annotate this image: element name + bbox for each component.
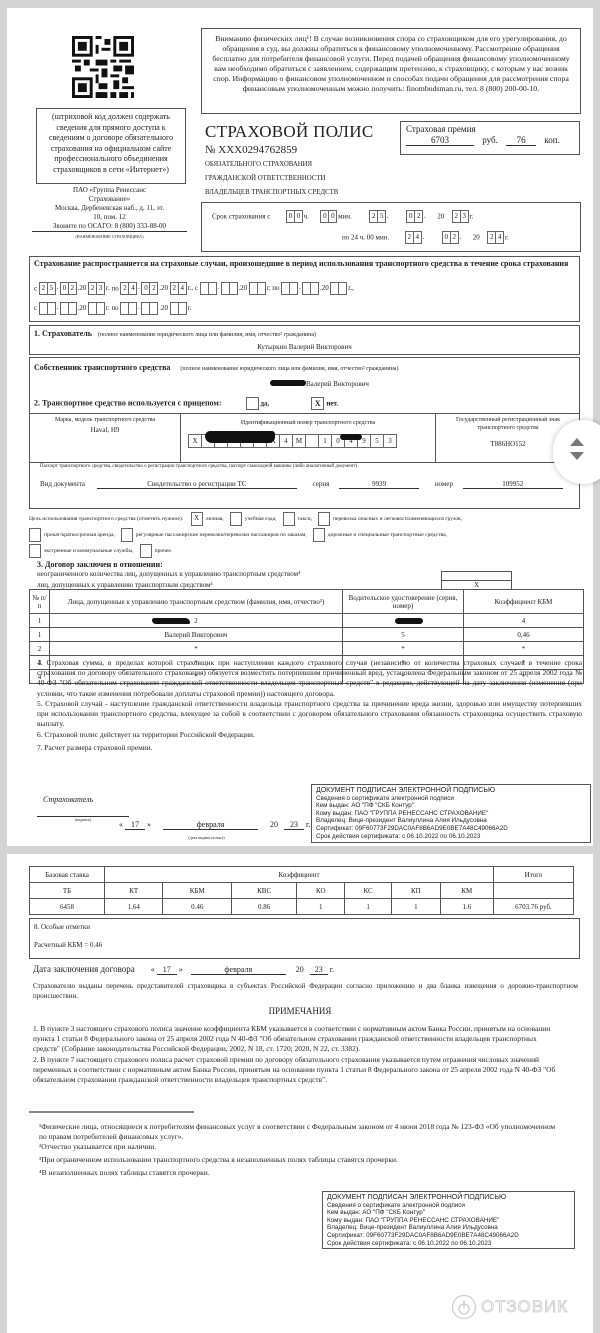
esig-recipient: Кому выдан: ПАО "ГРУППА РЕНЕССАНС СТРАХО… xyxy=(327,1217,570,1225)
purpose-option[interactable]: перевозка опасных и легковоспламеняющихс… xyxy=(318,516,462,522)
usage-period: Страхование распространяется на страховы… xyxy=(29,256,580,322)
purpose-option-label: регулярные пассажирские перевозки/перево… xyxy=(136,532,307,538)
purpose-option-label: личная, xyxy=(206,516,224,522)
watermark-text: ОТЗОВИК xyxy=(481,1297,568,1316)
term-from-day: 5 xyxy=(377,210,386,223)
clause-5: 5. Страховой случай - наступление гражда… xyxy=(37,699,582,730)
subtitle-line: ВЛАДЕЛЬЦЕВ ТРАНСПОРТНЫХ СРЕДСТВ xyxy=(205,186,338,200)
contract-date-label: Дата заключения договора xyxy=(33,964,135,974)
financial-ombudsman-notice: Вниманию физических лиц¹! В случае возни… xyxy=(201,28,581,114)
purpose-option[interactable]: прокат/краткосрочная аренда, xyxy=(29,532,115,538)
esig-certificate: Сертификат: 09F60773F29DAC0AF8B6AD9E0BE7… xyxy=(327,1232,570,1240)
scroll-up-icon[interactable] xyxy=(570,438,584,446)
hour-label: ч. xyxy=(304,213,309,221)
calc-column-header: КС xyxy=(345,883,392,899)
contract-year: 23 xyxy=(310,965,328,975)
year-suffix: г. xyxy=(505,234,509,242)
footnote-1: ¹Физические лица, относящиеся к потребит… xyxy=(39,1122,564,1142)
clause-7: 7. Расчет размера страховой премии. xyxy=(37,743,582,753)
vin-label: Идентификационный номер транспортного ср… xyxy=(182,420,434,426)
redaction-mark xyxy=(340,434,362,440)
table-cell: * xyxy=(464,642,584,656)
footnote-4: ⁴В незаполненных полях таблицы ставятся … xyxy=(39,1168,564,1178)
century: 20 xyxy=(437,213,444,221)
purpose-checkbox[interactable] xyxy=(313,528,325,542)
contract-day: 17 xyxy=(157,965,177,975)
esig-issuer: Кем выдан: АО "ПФ "СКБ Контур" xyxy=(327,1209,570,1217)
vin-cell: 1 xyxy=(318,434,332,448)
table-cell: Валерий Викторович xyxy=(50,628,343,642)
total-header: Итого xyxy=(494,867,574,883)
term-to-day: 4 xyxy=(413,231,422,244)
drivers-col-license: Водительское удостоверение (серия, номер… xyxy=(343,590,464,614)
table-cell: * xyxy=(50,642,343,656)
issue-date-caption: (дата выдачи полиса) xyxy=(159,835,254,840)
term-from-month: 2 xyxy=(414,210,423,223)
policy-number: № XXX0294762859 xyxy=(205,144,297,156)
e-signature-stamp-1: ДОКУМЕНТ ПОДПИСАН ЭЛЕКТРОННОЙ ПОДПИСЬЮ С… xyxy=(311,784,591,843)
vehicle-model-label: Марка, модель транспортного средства xyxy=(34,416,176,424)
issue-date: « 17 » февраля 20 23 г. xyxy=(119,820,310,830)
premium-rub: 6703 xyxy=(406,135,474,146)
calc-column-header: КО xyxy=(297,883,345,899)
esig-issuer: Кем выдан: АО "ПФ "СКБ Контур" xyxy=(316,802,586,810)
insured-label: 1. Страхователь xyxy=(34,329,92,338)
rub-label: руб. xyxy=(482,135,498,145)
purpose-checkbox[interactable] xyxy=(29,528,41,542)
esig-validity: Срок действия сертификата: с 06.10.2022 … xyxy=(316,833,586,841)
note-1: 1. В пункте 3 настоящего страхового поли… xyxy=(33,1024,563,1055)
purpose-checkbox[interactable] xyxy=(230,512,242,526)
footnote-2: ²Отчество указывается при наличии. xyxy=(39,1142,564,1152)
issue-day: 17 xyxy=(125,820,145,830)
usage-period-title: Страхование распространяется на страховы… xyxy=(34,259,574,269)
signature-caption[interactable]: (подпись) xyxy=(37,816,129,822)
esig-recipient: Кому выдан: ПАО "ГРУППА РЕНЕССАНС СТРАХО… xyxy=(316,810,586,818)
vehicle-model: Haval, H9 xyxy=(34,426,176,434)
issue-year-suffix: г. xyxy=(306,820,310,829)
purpose-checkbox[interactable] xyxy=(283,512,295,526)
purpose-label: Цель использования транспортного средств… xyxy=(29,516,183,522)
issue-year: 23 xyxy=(284,820,304,830)
purpose-option[interactable]: учебная езда, xyxy=(230,516,277,522)
drivers-unlimited-label: неограниченного количества лиц, допущенн… xyxy=(37,570,300,578)
esig-title: ДОКУМЕНТ ПОДПИСАН ЭЛЕКТРОННОЙ ПОДПИСЬЮ xyxy=(327,1194,570,1202)
calc-value: 6458 xyxy=(30,899,105,915)
calc-column-header: ТБ xyxy=(30,883,105,899)
purpose-checkbox[interactable] xyxy=(29,544,41,558)
vin-cell xyxy=(305,434,319,448)
footnote-3: ³При ограниченном использовании транспор… xyxy=(39,1155,564,1165)
term-hour-digit: 0 xyxy=(294,210,303,223)
doc-number: 109952 xyxy=(463,480,563,489)
term-from-label: Срок страхования с xyxy=(212,213,270,221)
minute-label: мин. xyxy=(338,213,352,221)
purpose-checkbox[interactable] xyxy=(121,528,133,542)
contract-century: 20 xyxy=(296,965,304,974)
policy-page-1: (штриховой код должен содержать сведения… xyxy=(7,8,593,846)
redaction-mark xyxy=(152,618,190,624)
table-cell: 5 xyxy=(343,628,464,642)
table-row: 2*** xyxy=(30,642,584,656)
owner-name: Валерий Викторович xyxy=(306,380,369,388)
usage-period-row-2: с · .20 г. по · .20 г. xyxy=(34,302,191,315)
policy-subtitle: ОБЯЗАТЕЛЬНОГО СТРАХОВАНИЯ ГРАЖДАНСКОЙ ОТ… xyxy=(205,158,338,200)
redaction-mark xyxy=(270,380,306,386)
vin-cell: 5 xyxy=(370,434,384,448)
e-signature-stamp-2: ДОКУМЕНТ ПОДПИСАН ЭЛЕКТРОННОЙ ПОДПИСЬЮ С… xyxy=(322,1191,575,1249)
esig-certificate: Сертификат: 09F60773F29DAC0AF8B6AD9E0BE7… xyxy=(316,825,586,833)
insurer-phone: Звоните по ОСАГО: 8 (800) 333-88-00 xyxy=(32,222,187,232)
contract-date: Дата заключения договора « 17 » февраля … xyxy=(33,964,334,975)
from-label: с xyxy=(34,285,37,293)
page-scroll-control[interactable] xyxy=(553,420,600,484)
barcode-note: (штриховой код должен содержать сведения… xyxy=(36,108,186,184)
term-from-year: 3 xyxy=(460,210,469,223)
calc-value: 1.6 xyxy=(440,899,493,915)
table-cell: 2 xyxy=(30,642,50,656)
purpose-option[interactable]: регулярные пассажирские перевозки/перево… xyxy=(121,532,307,538)
owner-section: Собственник транспортного средства (полн… xyxy=(29,357,580,509)
drivers-col-name: Лица, допущенные к управлению транспортн… xyxy=(50,590,343,614)
table-cell: 1 xyxy=(30,614,50,628)
clause-6: 6. Страховой полис действует на территор… xyxy=(37,730,582,740)
issue-century: 20 xyxy=(270,820,278,829)
insured-signature-label: Страхователь xyxy=(43,795,93,804)
table-row: 1Валерий Викторович50,46 xyxy=(30,628,584,642)
term-to-month: 2 xyxy=(450,231,459,244)
esig-line: Сведения о сертификате электронной подпи… xyxy=(316,795,586,803)
premium-calc-table: Базовая ставка Коэффициент Итого ТБКТКБМ… xyxy=(29,866,574,915)
to-label: по xyxy=(111,285,118,293)
esig-validity: Срок действия сертификата: с 06.10.2022 … xyxy=(327,1240,570,1248)
esig-owner: Владелец: Вице-президент Валиуллина Алия… xyxy=(316,817,586,825)
watermark: ОТЗОВИК xyxy=(451,1294,568,1320)
contract-month: февраля xyxy=(191,965,286,975)
page-title: СТРАХОВОЙ ПОЛИС xyxy=(205,122,373,142)
owner-hint: (полное наименование юридического лица и… xyxy=(180,366,398,372)
notes: 1. В пункте 3 настоящего страхового поли… xyxy=(33,1024,563,1085)
trailer-yes-checkbox[interactable] xyxy=(246,397,259,410)
qr-code-icon xyxy=(72,36,134,98)
doc-type: Свидетельство о регистрации ТС xyxy=(97,480,297,489)
footnotes: ¹Физические лица, относящиеся к потребит… xyxy=(39,1122,564,1178)
trailer-no-checkbox[interactable]: X xyxy=(311,397,324,410)
calc-value: 0.46 xyxy=(163,899,232,915)
vehicle-doc-hint: Паспорт транспортного средства, свидетел… xyxy=(40,464,357,469)
insured-hint: (полное наименование юридического лица и… xyxy=(98,332,316,338)
year-suffix: г. xyxy=(470,213,474,221)
purpose-checkbox[interactable] xyxy=(140,544,152,558)
notes-title: ПРИМЕЧАНИЯ xyxy=(7,1006,593,1016)
doc-type-label: Вид документа xyxy=(40,480,85,488)
clauses: 4. Страховая сумма, в пределах которой с… xyxy=(37,658,582,753)
term-minute-digit: 0 xyxy=(328,210,337,223)
trailer-label: 2. Транспортное средство используется с … xyxy=(34,398,222,407)
insured-section: 1. Страхователь (полное наименование юри… xyxy=(29,325,580,355)
kop-label: коп. xyxy=(544,135,559,145)
insurer-address: Москва, Дербеневская наб., д. 11, эт. 10… xyxy=(32,204,187,222)
number-label: номер xyxy=(435,480,453,488)
usage-period-row-1: с 25·02 .20 23 г. по 24·02 .20 24 г., с … xyxy=(34,282,354,295)
calc-column-header: КП xyxy=(391,883,440,899)
purpose-option-label: учебная езда, xyxy=(245,516,277,522)
calc-column-header: КТ xyxy=(105,883,163,899)
purpose-option-label: экстренные и коммунальные службы, xyxy=(44,548,134,554)
purpose-option[interactable]: дорожные и специальные транспортные сред… xyxy=(313,532,447,538)
insurer-info: ПАО «Группа Ренессанс Страхование» Москв… xyxy=(32,186,187,241)
calc-column-header: КМ xyxy=(440,883,493,899)
calc-column-header: КБМ xyxy=(163,883,232,899)
calc-column-header xyxy=(494,883,574,899)
scroll-down-icon[interactable] xyxy=(570,452,584,460)
series-label: серия xyxy=(313,480,330,488)
calc-value: 1.64 xyxy=(105,899,163,915)
purpose-checkbox[interactable]: X xyxy=(191,512,203,526)
purpose-option[interactable]: Xличная, xyxy=(191,516,224,522)
plate-label: Государственный регистрационный знак тра… xyxy=(437,416,579,432)
calc-value: 1 xyxy=(391,899,440,915)
special-notes-text: Расчетный КБМ = 0.46 xyxy=(34,941,102,949)
vin-cell: 4 xyxy=(279,434,293,448)
purpose-option-label: прокат/краткосрочная аренда, xyxy=(44,532,115,538)
purpose-option[interactable]: экстренные и коммунальные службы, xyxy=(29,548,134,554)
table-cell: 2 xyxy=(50,614,343,628)
purpose-option-label: дорожные и специальные транспортные сред… xyxy=(328,532,447,538)
vin-cell: X xyxy=(188,434,202,448)
table-row: 1234 xyxy=(30,614,584,628)
note-2: 2. В пункте 7 настоящего страхового поли… xyxy=(33,1055,563,1086)
purpose-option[interactable]: такси, xyxy=(283,516,312,522)
calc-value: 0.86 xyxy=(232,899,297,915)
table-cell: 0,46 xyxy=(464,628,584,642)
purpose-option-label: такси, xyxy=(298,516,312,522)
vin-cell: M xyxy=(292,434,306,448)
insurer-caption: (НАИМЕНОВАНИЕ СТРАХОВЩИКА) xyxy=(32,232,187,241)
insurer-name: ПАО «Группа Ренессанс Страхование» xyxy=(32,186,187,204)
esig-title: ДОКУМЕНТ ПОДПИСАН ЭЛЕКТРОННОЙ ПОДПИСЬЮ xyxy=(316,787,586,795)
premium-kop: 76 xyxy=(506,135,536,146)
esig-line: Сведения о сертификате электронной подпи… xyxy=(327,1202,570,1210)
clause-4: 4. Страховая сумма, в пределах которой с… xyxy=(37,658,582,699)
special-notes: 8. Особые отметки Расчетный КБМ = 0.46 xyxy=(29,918,580,959)
esig-owner: Владелец: Вице-президент Валиуллина Алия… xyxy=(327,1224,570,1232)
contract-statement: Страхователю выданы перечень представите… xyxy=(33,981,578,1001)
purpose-option-label: перевозка опасных и легковоспламеняющихс… xyxy=(333,516,462,522)
calc-value: 1 xyxy=(297,899,345,915)
table-cell: * xyxy=(343,642,464,656)
calc-column-header: КВС xyxy=(232,883,297,899)
premium-label: Страховая премия xyxy=(406,124,574,134)
special-notes-label: 8. Особые отметки xyxy=(34,923,90,931)
subtitle-line: ОБЯЗАТЕЛЬНОГО СТРАХОВАНИЯ xyxy=(205,158,338,172)
vin-cell: 3 xyxy=(383,434,397,448)
trailer-yes-label: да, xyxy=(261,399,270,407)
subtitle-line: ГРАЖДАНСКОЙ ОТВЕТСТВЕННОСТИ xyxy=(205,172,338,186)
century: 20 xyxy=(473,234,480,242)
term-to-year: 4 xyxy=(495,231,504,244)
table-cell: 1 xyxy=(30,628,50,642)
trailer-row: 2. Транспортное средство используется с … xyxy=(34,397,338,410)
policy-page-2: Базовая ставка Коэффициент Итого ТБКТКБМ… xyxy=(7,854,593,1333)
footnote-divider xyxy=(29,1111,194,1113)
premium-box: Страховая премия 6703 руб. 76 коп. xyxy=(400,121,580,155)
owner-label: Собственник транспортного средства xyxy=(34,363,170,372)
calc-value: 6703.76 руб. xyxy=(494,899,574,915)
trailer-no-label: нет. xyxy=(326,399,338,407)
purpose-option[interactable]: прочее. xyxy=(140,548,173,554)
base-rate-header: Базовая ставка xyxy=(30,867,105,883)
otzovik-logo-icon xyxy=(451,1294,477,1320)
issue-month: февраля xyxy=(163,820,258,830)
table-cell: 4 xyxy=(464,614,584,628)
drivers-col-number: № п/п xyxy=(30,590,50,614)
purpose-checkbox[interactable] xyxy=(318,512,330,526)
redaction-mark xyxy=(205,431,275,443)
contract-year-suffix: г. xyxy=(330,965,334,974)
vehicle-purpose: Цель использования транспортного средств… xyxy=(29,511,584,559)
calc-value: 1 xyxy=(345,899,392,915)
drivers-title: 3. Договор заключен в отношении: xyxy=(37,560,163,569)
vehicle-doc-row: Вид документа Свидетельство о регистраци… xyxy=(40,480,563,489)
redaction-mark xyxy=(395,618,423,624)
insured-name: Кутыркин Валерий Викторович xyxy=(30,343,579,351)
term-to-label: по 24 ч. 00 мин. xyxy=(342,234,389,242)
doc-series: 9939 xyxy=(339,480,419,489)
drivers-col-kbm: Коэффициент КБМ xyxy=(464,590,584,614)
purpose-option-label: прочее. xyxy=(155,548,173,554)
drivers-limited-label: лиц, допущенных к управлению транспортны… xyxy=(37,581,212,589)
coefficient-header: Коэффициент xyxy=(105,867,494,883)
insurance-term: Срок страхования с 00 ч. 00 мин. 25 . 02… xyxy=(201,202,581,252)
